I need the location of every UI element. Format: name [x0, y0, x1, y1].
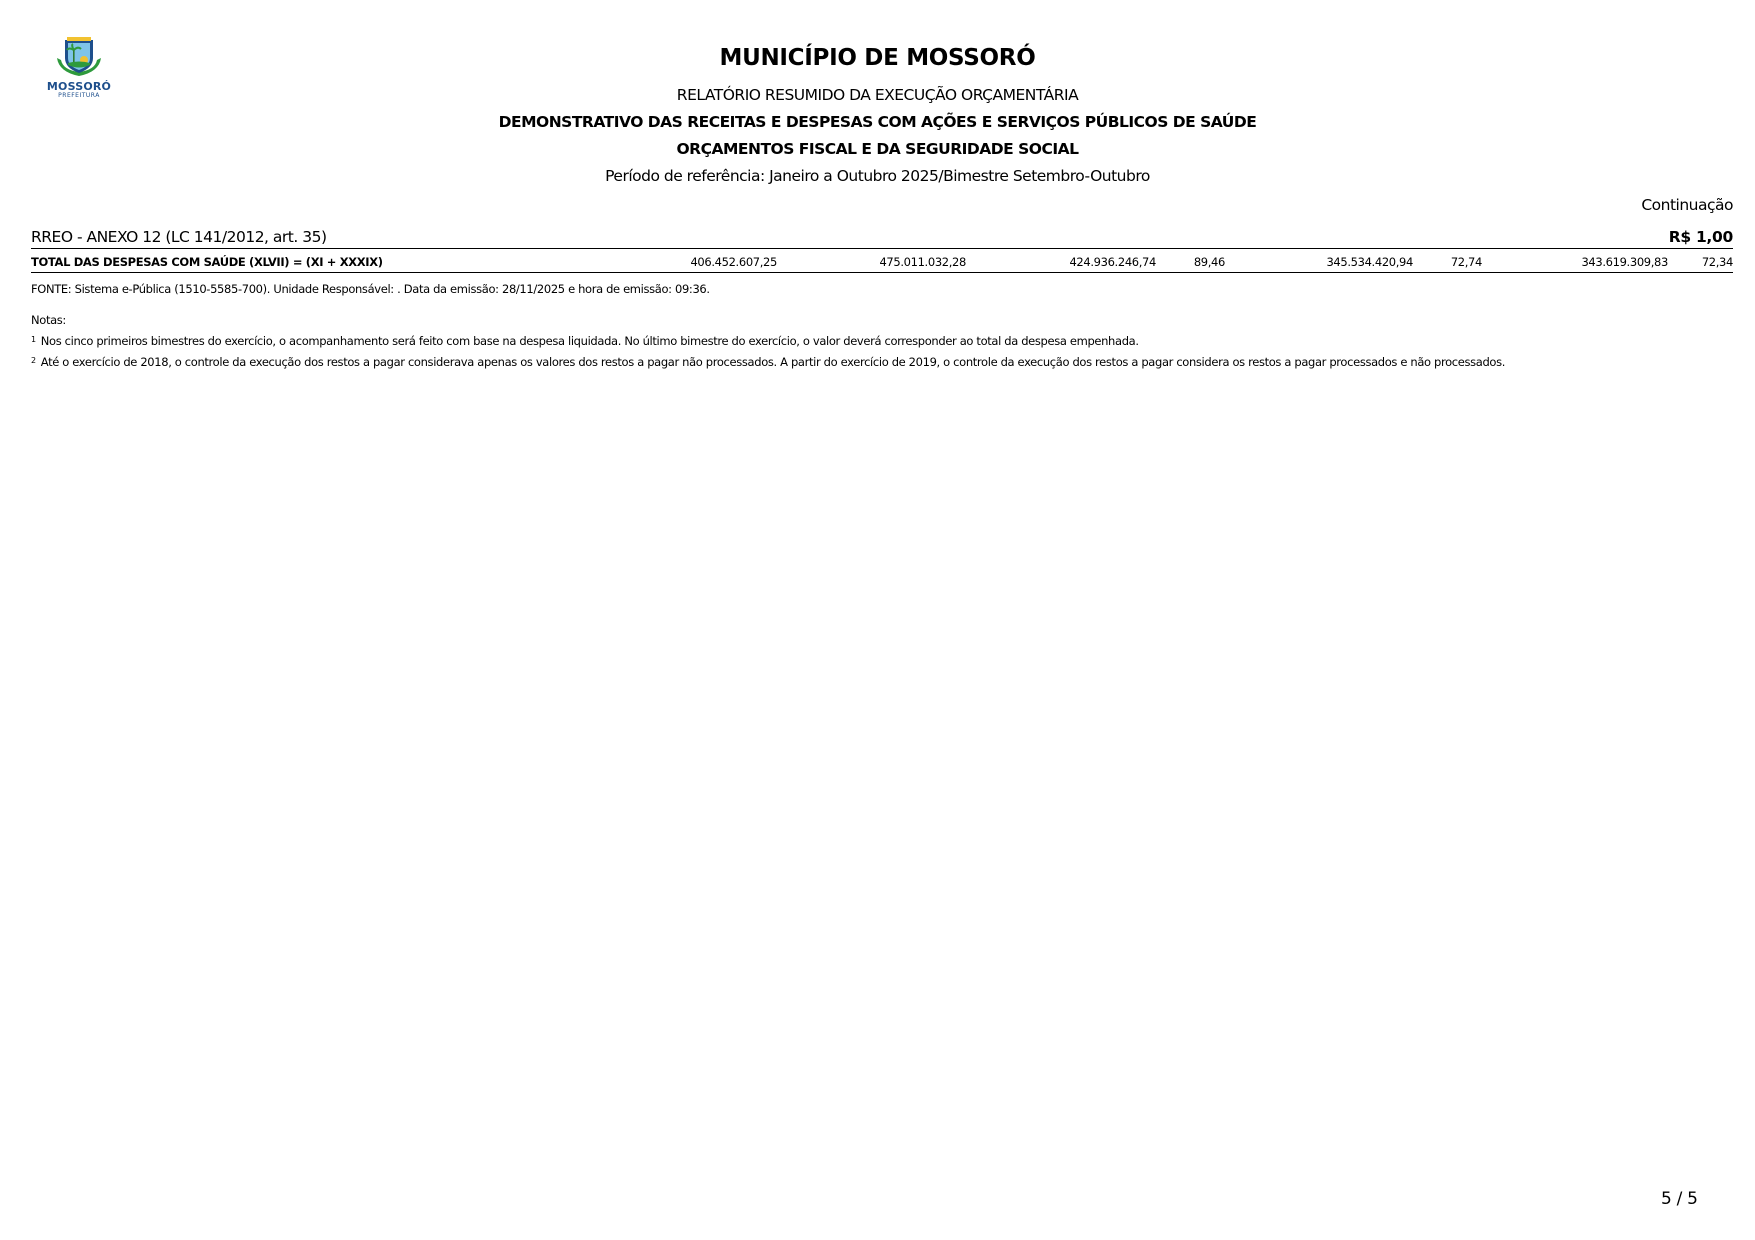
- continuation-label: Continuação: [1641, 196, 1733, 214]
- report-statement: DEMONSTRATIVO DAS RECEITAS E DESPESAS CO…: [0, 109, 1755, 136]
- report-page: MOSSORÓ PREFEITURA MUNICÍPIO DE MOSSORÓ …: [0, 0, 1755, 1240]
- row-label: TOTAL DAS DESPESAS COM SAÚDE (XLVII) = (…: [31, 255, 383, 269]
- report-type: RELATÓRIO RESUMIDO DA EXECUÇÃO ORÇAMENTÁ…: [0, 82, 1755, 109]
- reference-period: Período de referência: Janeiro a Outubro…: [0, 163, 1755, 190]
- annex-header: RREO - ANEXO 12 (LC 141/2012, art. 35) R…: [31, 224, 1733, 249]
- note-item: 1Nos cinco primeiros bimestres do exercí…: [31, 334, 1139, 348]
- note-text: Até o exercício de 2018, o controle da e…: [41, 355, 1505, 369]
- note-marker: 2: [31, 356, 36, 365]
- cell-percent: 89,46: [1194, 255, 1225, 269]
- note-text: Nos cinco primeiros bimestres do exercíc…: [41, 334, 1139, 348]
- report-budgets: ORÇAMENTOS FISCAL E DA SEGURIDADE SOCIAL: [0, 136, 1755, 163]
- source-note: FONTE: Sistema e-Pública (1510-5585-700)…: [31, 282, 710, 296]
- annex-label: RREO - ANEXO 12 (LC 141/2012, art. 35): [31, 228, 327, 246]
- cell-value: 345.534.420,94: [1326, 255, 1413, 269]
- cell-percent: 72,34: [1702, 255, 1733, 269]
- table-row: TOTAL DAS DESPESAS COM SAÚDE (XLVII) = (…: [31, 251, 1733, 273]
- cell-value: 475.011.032,28: [879, 255, 966, 269]
- cell-value: 343.619.309,83: [1581, 255, 1668, 269]
- note-marker: 1: [31, 335, 36, 344]
- notes-title: Notas:: [31, 313, 66, 327]
- currency-unit: R$ 1,00: [1669, 228, 1733, 246]
- report-header: MUNICÍPIO DE MOSSORÓ RELATÓRIO RESUMIDO …: [0, 40, 1755, 190]
- page-title: MUNICÍPIO DE MOSSORÓ: [0, 40, 1755, 76]
- note-item: 2Até o exercício de 2018, o controle da …: [31, 355, 1505, 369]
- cell-percent: 72,74: [1451, 255, 1482, 269]
- cell-value: 406.452.607,25: [690, 255, 777, 269]
- page-number: 5 / 5: [1661, 1189, 1698, 1209]
- cell-value: 424.936.246,74: [1069, 255, 1156, 269]
